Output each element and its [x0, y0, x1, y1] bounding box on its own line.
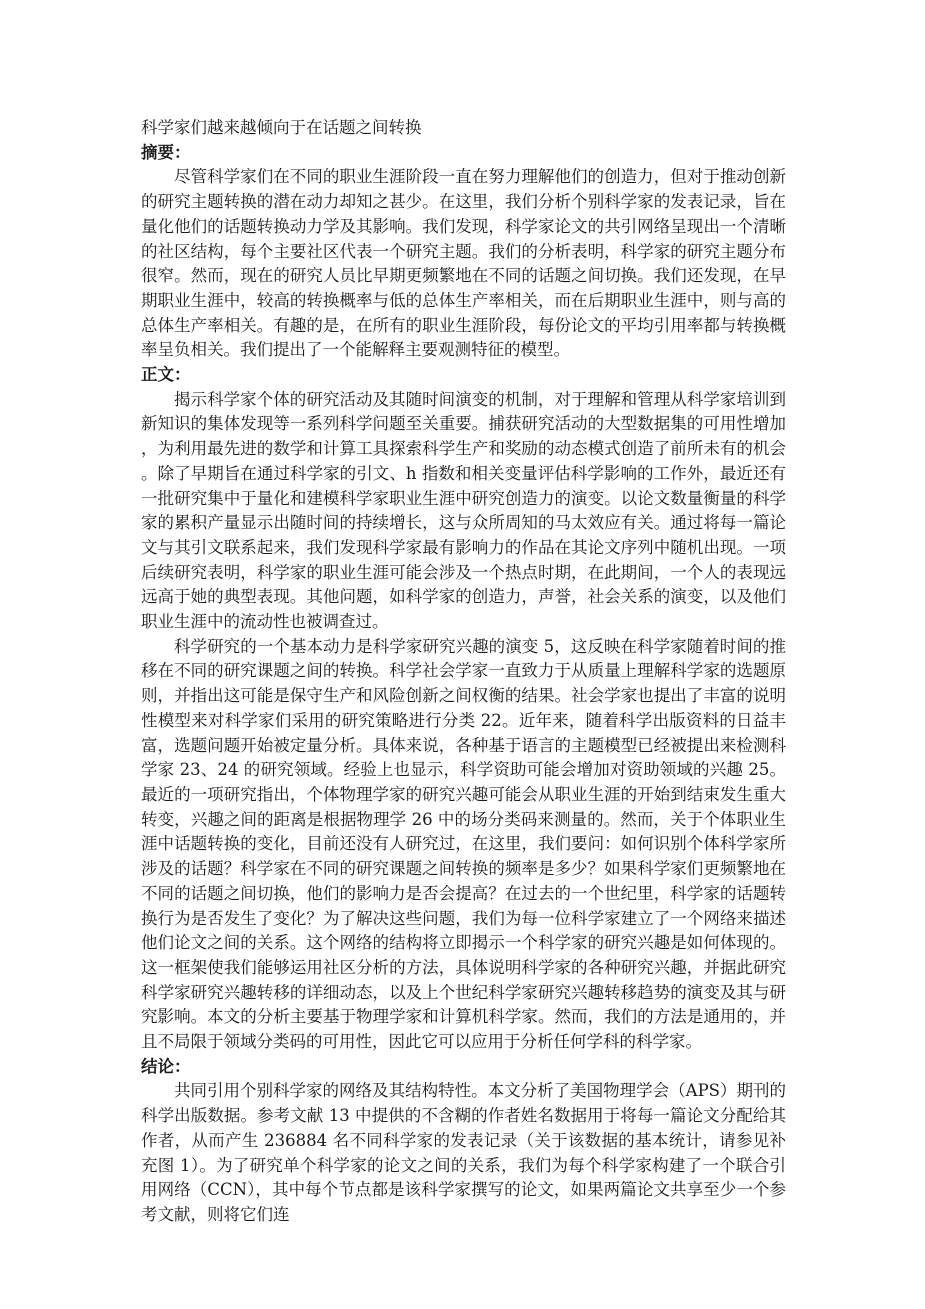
body-heading: 正文：	[141, 363, 786, 388]
abstract-heading: 摘要：	[141, 141, 786, 166]
conclusion-heading: 结论：	[141, 1055, 786, 1080]
document-title: 科学家们越来越倾向于在话题之间转换	[141, 116, 786, 141]
body-paragraph-1: 揭示科学家个体的研究活动及其随时间演变的机制，对于理解和管理从科学家培训到新知识…	[141, 388, 786, 635]
abstract-paragraph: 尽管科学家们在不同的职业生涯阶段一直在努力理解他们的创造力，但对于推动创新的研究…	[141, 165, 786, 363]
document-page: 科学家们越来越倾向于在话题之间转换 摘要： 尽管科学家们在不同的职业生涯阶段一直…	[141, 116, 786, 1228]
body-paragraph-2: 科学研究的一个基本动力是科学家研究兴趣的演变 5，这反映在科学家随着时间的推移在…	[141, 635, 786, 1055]
conclusion-paragraph: 共同引用个别科学家的网络及其结构特性。本文分析了美国物理学会（APS）期刊的科学…	[141, 1079, 786, 1227]
